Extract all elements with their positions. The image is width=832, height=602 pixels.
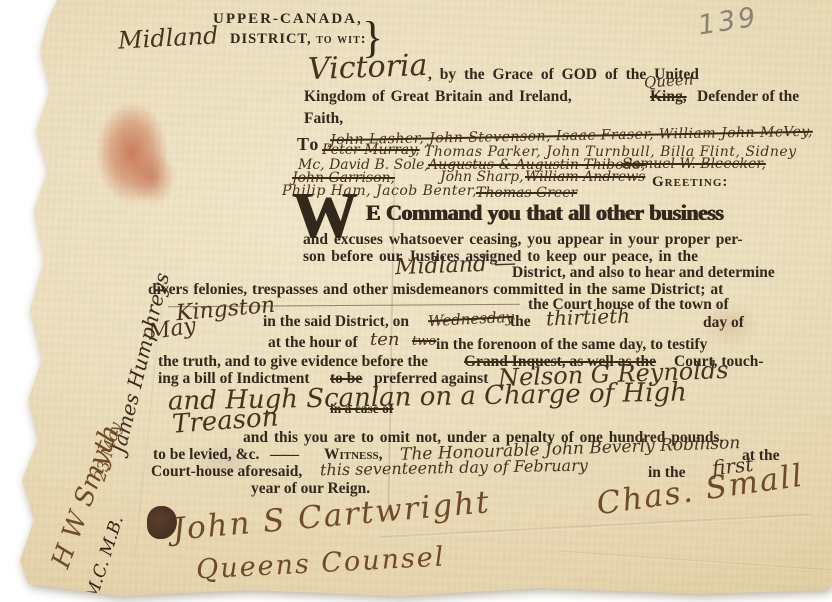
body-line: at the hour of	[268, 334, 358, 352]
body-line: in the forenoon of the same day, to test…	[436, 336, 707, 354]
folio-number: 139	[696, 1, 761, 41]
kingdom-line: Kingdom of Great Britain and Ireland,	[304, 88, 572, 106]
body-line: Court-house aforesaid,	[151, 463, 302, 481]
dash-rule: ——	[270, 446, 297, 464]
hour-fillin-handwritten: ten	[370, 329, 399, 350]
witness-date-handwritten: this seventeenth day of February	[320, 456, 588, 480]
struck-in-a-case-of: in a case of	[330, 401, 393, 417]
juror-name-struck: Peter Murray,	[322, 142, 420, 158]
body-line: to be levied, &c.	[153, 446, 259, 464]
bottom-crease	[560, 551, 829, 572]
counsel-title-handwritten: Queens Counsel	[195, 541, 446, 585]
to-label: To	[297, 134, 320, 155]
defender-line: Defender of the	[697, 88, 799, 106]
struck-weekday-handwritten: Wednesday	[428, 308, 515, 330]
province-title: UPPER-CANADA,	[213, 11, 363, 28]
command-headline: E Command you that all other business	[366, 200, 724, 226]
district-fillin-handwritten: Midland —	[395, 251, 517, 280]
juror-name-struck: Thomas Greer	[476, 185, 577, 201]
greeting-label: Greeting:	[652, 174, 728, 191]
body-line: the truth, and to give evidence before t…	[158, 353, 428, 371]
date-fillin-handwritten: thirtieth	[546, 304, 631, 331]
juror-name-struck: William Andrews	[525, 169, 645, 185]
sovereign-name-handwritten: Victoria	[307, 48, 428, 87]
clerk-signature: Chas. Small	[595, 458, 807, 523]
document-scan: 139 UPPER-CANADA, Midland DISTRICT, to w…	[0, 0, 832, 602]
faith-line: Faith,	[304, 110, 343, 128]
district-label: DISTRICT, to wit:	[230, 31, 367, 48]
struck-hour-handwritten: two	[412, 334, 436, 349]
district-handwritten: Midland	[117, 21, 219, 54]
body-line: the	[510, 313, 531, 331]
queen-insertion-handwritten: Queen	[643, 70, 694, 91]
red-wax-stain-lobe	[130, 150, 175, 205]
body-line: District, and also to hear and determine	[512, 264, 775, 282]
paper-sheet: 139 UPPER-CANADA, Midland DISTRICT, to w…	[0, 0, 832, 602]
body-line: and excuses whatsoever ceasing, you appe…	[303, 231, 743, 249]
red-wax-stain	[96, 102, 168, 204]
body-line: day of	[703, 314, 744, 332]
